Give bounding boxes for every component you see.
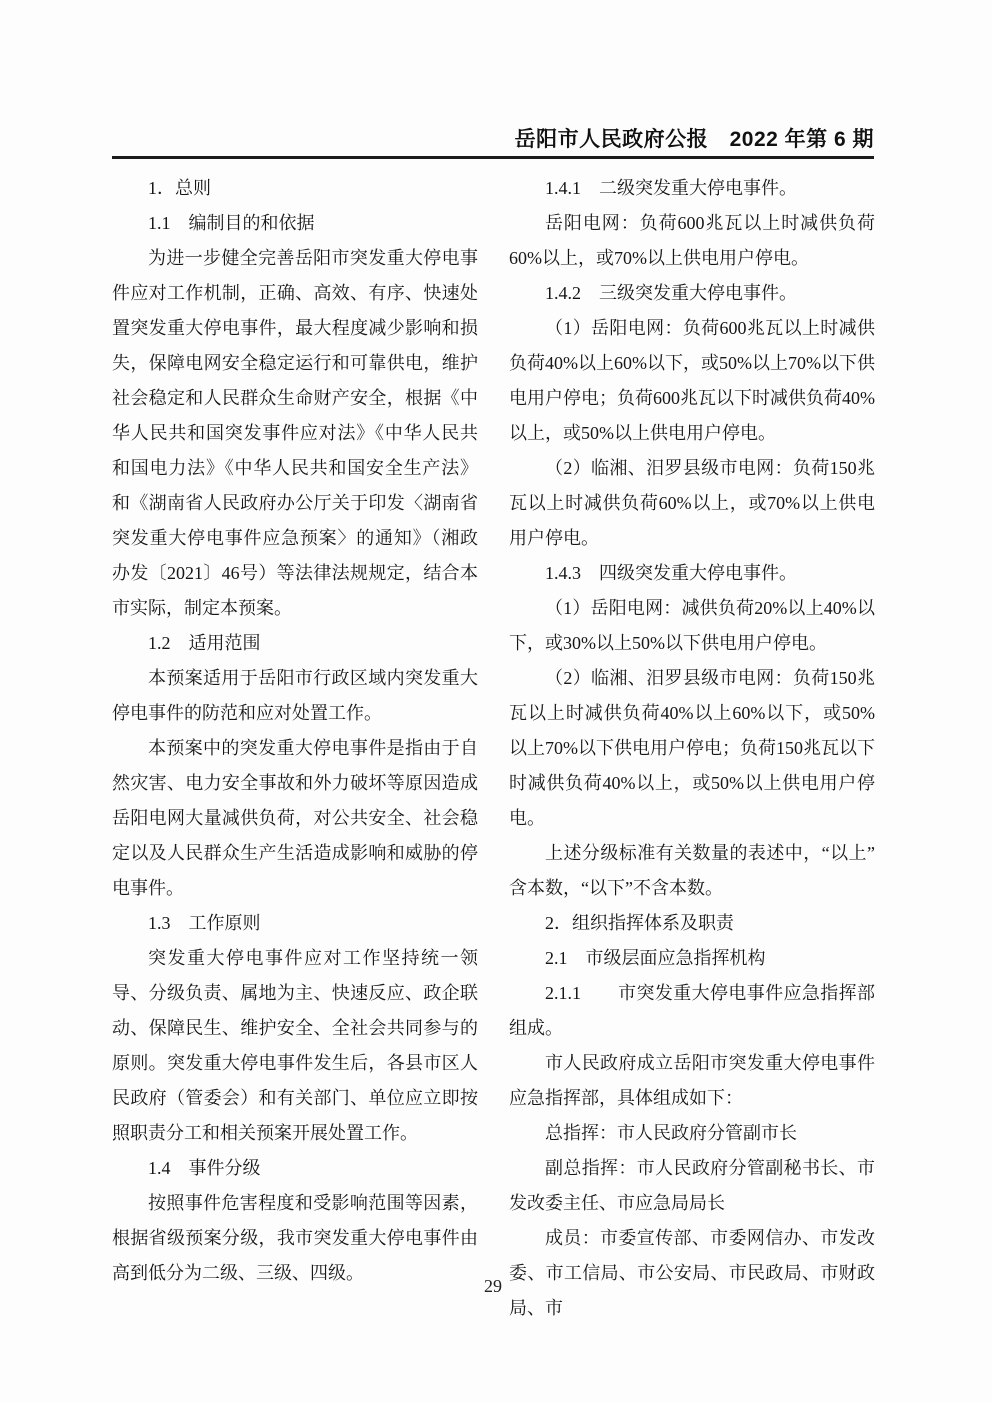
page-header-title: 岳阳市人民政府公报 2022 年第 6 期 (515, 127, 874, 153)
paragraph: 成员：市委宣传部、市委网信办、市发改委、市工信局、市公安局、市民政局、市财政局、… (509, 1221, 875, 1326)
paragraph: （1）岳阳电网：负荷600兆瓦以上时减供负荷40%以上60%以下，或50%以上7… (509, 311, 875, 451)
gazette-page: 岳阳市人民政府公报 2022 年第 6 期 1．总则1.1 编制目的和依据为进一… (0, 0, 992, 1403)
paragraph: 岳阳电网：负荷600兆瓦以上时减供负荷60%以上，或70%以上供电用户停电。 (509, 206, 875, 276)
section-heading: 1.4.3 四级突发重大停电事件。 (509, 556, 875, 591)
section-heading: 2．组织指挥体系及职责 (509, 906, 875, 941)
paragraph: （2）临湘、汨罗县级市电网：负荷150兆瓦以上时减供负荷60%以上，或70%以上… (509, 451, 875, 556)
paragraph: 本预案适用于岳阳市行政区域内突发重大停电事件的防范和应对处置工作。 (112, 661, 478, 731)
right-column: 1.4.1 二级突发重大停电事件。岳阳电网：负荷600兆瓦以上时减供负荷60%以… (509, 171, 875, 1326)
section-heading: 2.1 市级层面应急指挥机构 (509, 941, 875, 976)
paragraph: 市人民政府成立岳阳市突发重大停电事件应急指挥部，具体组成如下： (509, 1046, 875, 1116)
section-heading: 1.2 适用范围 (112, 626, 478, 661)
page-number: 29 (112, 1276, 874, 1297)
paragraph: 为进一步健全完善岳阳市突发重大停电事件应对工作机制，正确、高效、有序、快速处置突… (112, 241, 478, 626)
paragraph: 总指挥：市人民政府分管副市长 (509, 1116, 875, 1151)
paragraph: （2）临湘、汨罗县级市电网：负荷150兆瓦以上时减供负荷40%以上60%以下，或… (509, 661, 875, 836)
left-column: 1．总则1.1 编制目的和依据为进一步健全完善岳阳市突发重大停电事件应对工作机制… (112, 171, 478, 1326)
section-heading: 1.1 编制目的和依据 (112, 206, 478, 241)
section-heading: 1.4 事件分级 (112, 1151, 478, 1186)
section-heading: 1.4.2 三级突发重大停电事件。 (509, 276, 875, 311)
paragraph: 2.1.1 市突发重大停电事件应急指挥部组成。 (509, 976, 875, 1046)
paragraph: 突发重大停电事件应对工作坚持统一领导、分级负责、属地为主、快速反应、政企联动、保… (112, 941, 478, 1151)
paragraph: （1）岳阳电网：减供负荷20%以上40%以下，或30%以上50%以下供电用户停电… (509, 591, 875, 661)
paragraph: 本预案中的突发重大停电事件是指由于自然灾害、电力安全事故和外力破坏等原因造成岳阳… (112, 731, 478, 906)
section-heading: 1.4.1 二级突发重大停电事件。 (509, 171, 875, 206)
document-body: 1．总则1.1 编制目的和依据为进一步健全完善岳阳市突发重大停电事件应对工作机制… (112, 171, 876, 1326)
section-heading: 1.3 工作原则 (112, 906, 478, 941)
paragraph: 上述分级标准有关数量的表述中，“以上”含本数，“以下”不含本数。 (509, 836, 875, 906)
section-heading: 1．总则 (112, 171, 478, 206)
header-rule (112, 156, 874, 159)
paragraph: 副总指挥：市人民政府分管副秘书长、市发改委主任、市应急局局长 (509, 1151, 875, 1221)
